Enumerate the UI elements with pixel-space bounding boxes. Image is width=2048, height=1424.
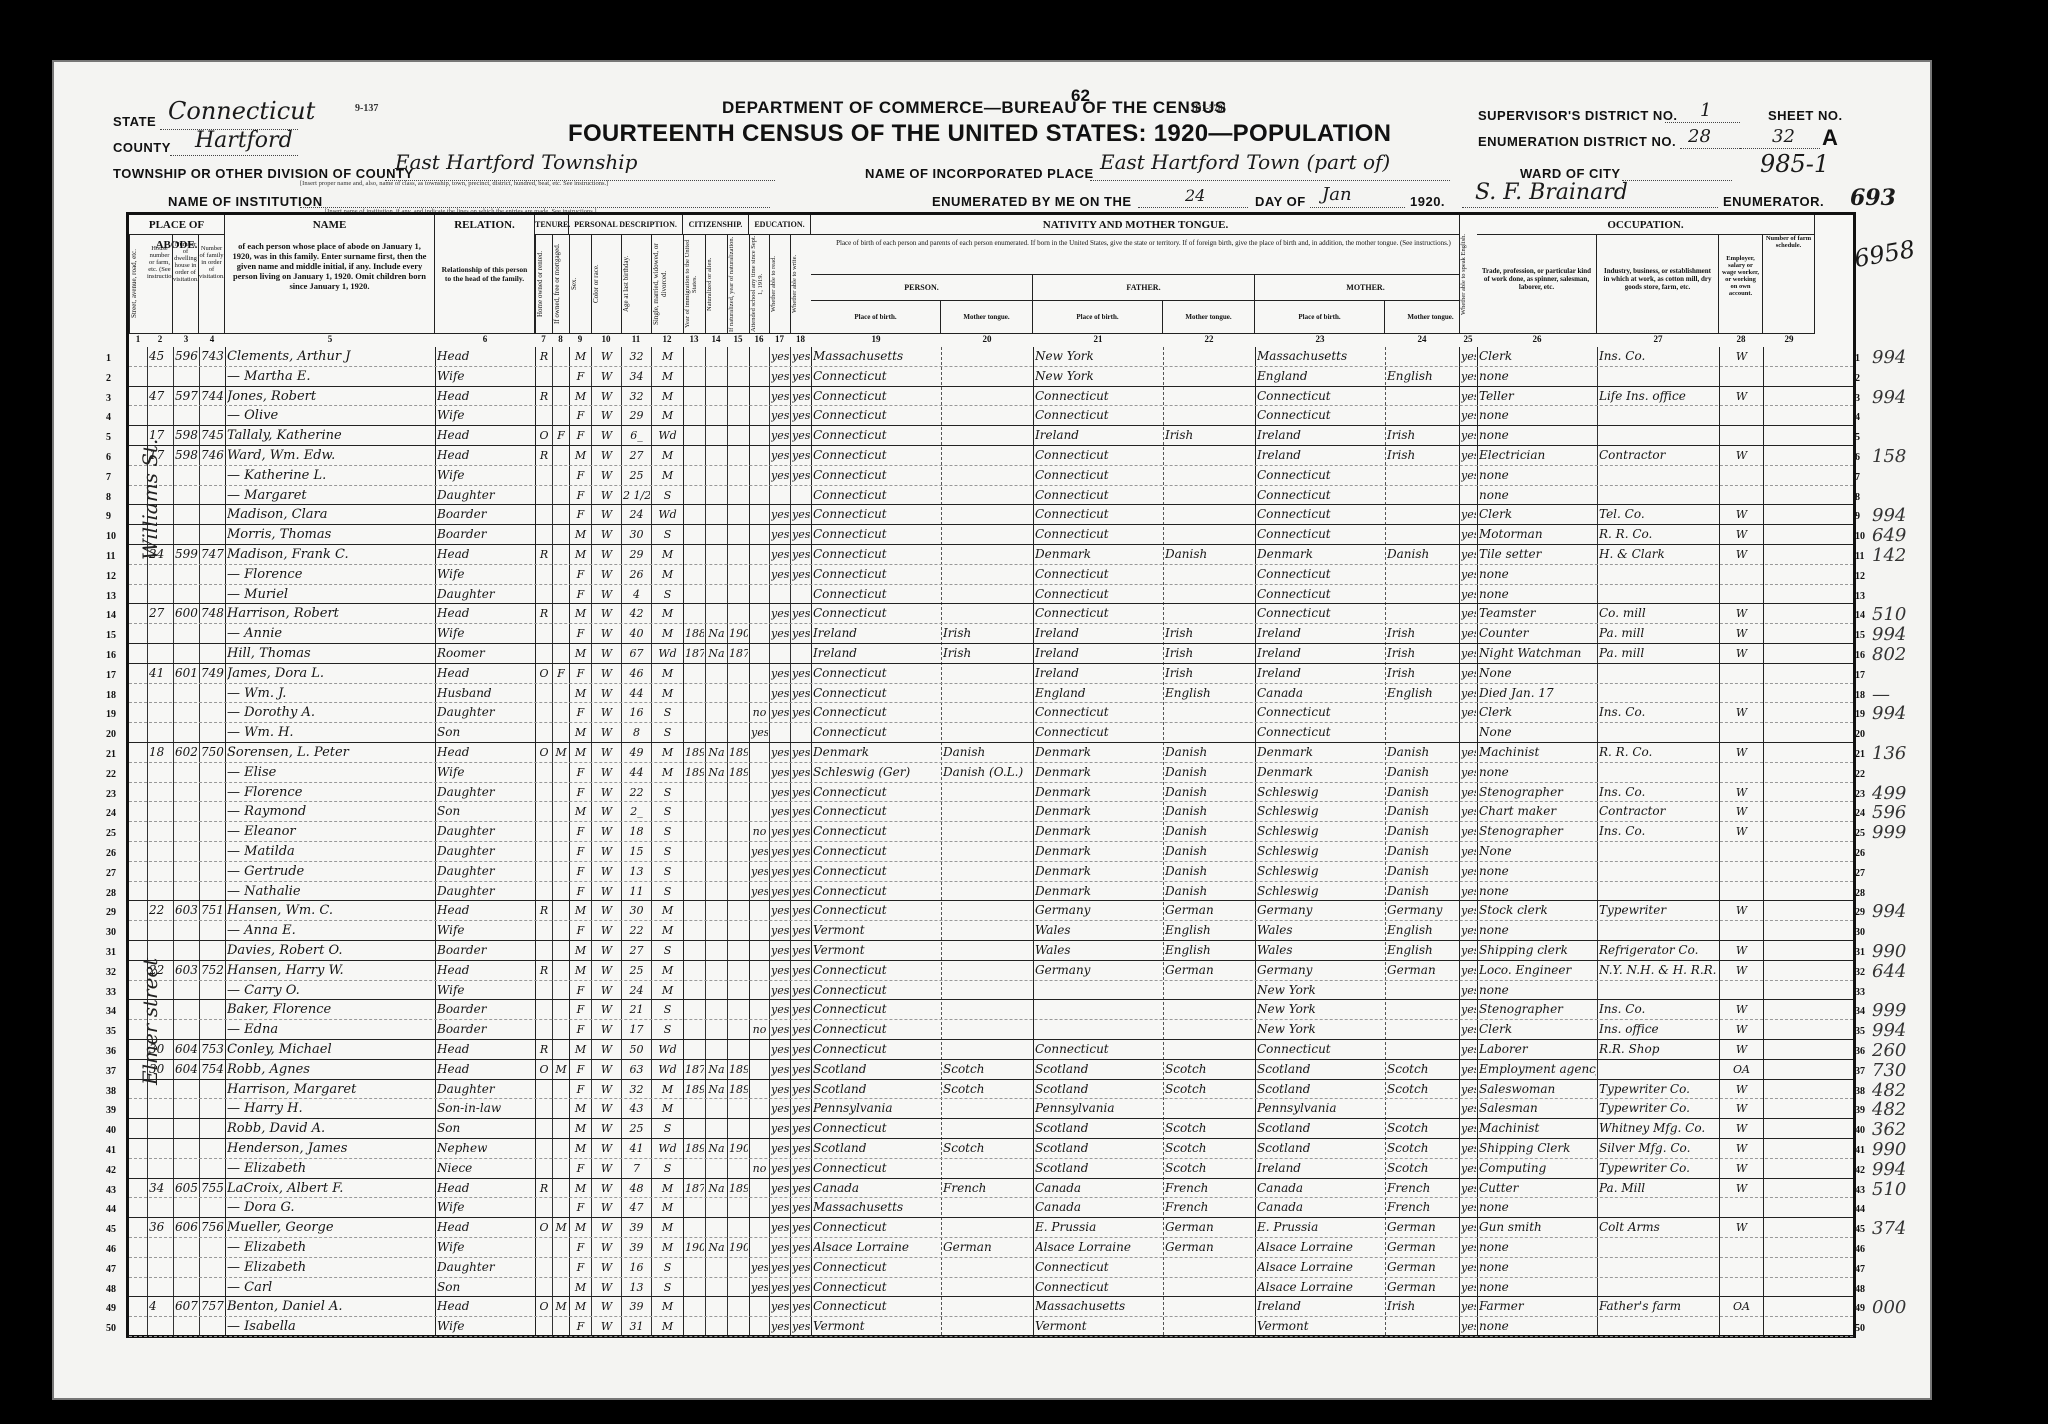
- cell-m-tongue: Danish: [1387, 822, 1458, 841]
- occupation-code: 730: [1872, 1060, 1906, 1081]
- cell-read: yes: [771, 802, 789, 821]
- cell-relation: Wife: [437, 981, 534, 1000]
- cell-farm: [1765, 347, 1814, 366]
- occupation-code: 000: [1872, 1297, 1906, 1318]
- cell-write: yes: [792, 822, 810, 841]
- cell-owned: [537, 1278, 551, 1297]
- cell-race: W: [593, 446, 620, 465]
- cell-f-birth: Connecticut: [1035, 505, 1162, 524]
- col-relation: Relationship of this person to the head …: [435, 235, 535, 333]
- cell-read: yes: [771, 1000, 789, 1019]
- cell-birth: Connecticut: [813, 1159, 940, 1178]
- cell-sex: M: [571, 1139, 590, 1158]
- group-name: NAME: [225, 215, 435, 235]
- col-trade: Trade, profession, or particular kind of…: [1477, 235, 1597, 333]
- cell-read: yes: [771, 466, 789, 485]
- cell-dwelling: [175, 981, 198, 1000]
- cell-sex: F: [571, 466, 590, 485]
- cell-immig: [685, 1198, 704, 1217]
- cell-write: yes: [792, 426, 810, 445]
- cell-birth: Scotland: [813, 1060, 940, 1079]
- cell-immig: [685, 961, 704, 980]
- cell-f-tongue: Irish: [1165, 644, 1254, 663]
- cell-birth: Connecticut: [813, 367, 940, 386]
- cell-free-mort: [554, 1119, 568, 1138]
- cell-natz-year: [729, 941, 748, 960]
- cell-marital: S: [653, 525, 682, 544]
- cell-f-tongue: French: [1165, 1198, 1254, 1217]
- cell-name: Ward, Wm. Edw.: [227, 446, 434, 465]
- cell-owned: [537, 1159, 551, 1178]
- cell-m-birth: Wales: [1257, 921, 1384, 940]
- cell-name: — Gertrude: [227, 862, 434, 881]
- line-number-right: 13: [1855, 591, 1865, 602]
- cell-english: yes: [1461, 1317, 1476, 1336]
- cell-relation: Head: [437, 961, 534, 980]
- cell-class: W: [1721, 1179, 1762, 1198]
- cell-natz-year: [729, 347, 748, 366]
- cell-farm: [1765, 862, 1814, 881]
- line-number: 31: [106, 947, 116, 958]
- cell-race: W: [593, 466, 620, 485]
- cell-school: [751, 367, 768, 386]
- cell-farm: [1765, 604, 1814, 623]
- cell-write: yes: [792, 406, 810, 425]
- line-number: 20: [106, 729, 116, 740]
- table-row: — RaymondSonMW2_SyesyesConnecticutDenmar…: [129, 802, 1853, 822]
- cell-english: yes: [1461, 426, 1476, 445]
- cell-dwelling: 598: [175, 446, 198, 465]
- cell-english: yes: [1461, 1119, 1476, 1138]
- cell-natz-year: [729, 604, 748, 623]
- cell-f-birth: Denmark: [1035, 783, 1162, 802]
- cell-trade: Died Jan. 17: [1479, 684, 1596, 703]
- cell-immig: [685, 446, 704, 465]
- cell-f-birth: Connecticut: [1035, 723, 1162, 742]
- cell-race: W: [593, 1139, 620, 1158]
- cell-read: yes: [771, 1080, 789, 1099]
- cell-house: [149, 624, 172, 643]
- cell-english: yes: [1461, 1060, 1476, 1079]
- table-row: — EdnaBoarderFW17SnoyesyesConnecticutNew…: [129, 1020, 1853, 1040]
- cell-natz-year: 1900: [729, 1139, 748, 1158]
- cell-natz: [707, 1000, 726, 1019]
- cell-free-mort: [554, 505, 568, 524]
- column-number: 25: [1459, 333, 1477, 347]
- cell-free-mort: [554, 802, 568, 821]
- cell-marital: S: [653, 862, 682, 881]
- cell-relation: Head: [437, 545, 534, 564]
- cell-natz: Na: [707, 644, 726, 663]
- cell-class: W: [1721, 802, 1762, 821]
- line-number: 16: [106, 650, 116, 661]
- cell-marital: M: [653, 1218, 682, 1237]
- cell-race: W: [593, 901, 620, 920]
- cell-family: [201, 684, 224, 703]
- cell-race: W: [593, 802, 620, 821]
- cell-trade: Farmer: [1479, 1297, 1596, 1316]
- sheet-number: 32: [1772, 126, 1795, 147]
- cell-tongue: [943, 723, 1032, 742]
- cell-m-tongue: German: [1387, 961, 1458, 980]
- cell-name: Clements, Arthur J: [227, 347, 434, 366]
- cell-write: yes: [792, 505, 810, 524]
- cell-farm: [1765, 842, 1814, 861]
- cell-birth: Connecticut: [813, 585, 940, 604]
- cell-relation: Head: [437, 387, 534, 406]
- cell-english: yes: [1461, 585, 1476, 604]
- cell-immig: [685, 1218, 704, 1237]
- cell-race: W: [593, 1080, 620, 1099]
- line-number-right: 48: [1855, 1284, 1865, 1295]
- cell-dwelling: [175, 1000, 198, 1019]
- line-number: 15: [106, 630, 116, 641]
- cell-free-mort: [554, 1238, 568, 1257]
- line-number-right: 29: [1855, 907, 1865, 918]
- cell-f-birth: Connecticut: [1035, 406, 1162, 425]
- cell-name: — Florence: [227, 565, 434, 584]
- cell-trade: none: [1479, 981, 1596, 1000]
- cell-house: [149, 565, 172, 584]
- cell-marital: M: [653, 545, 682, 564]
- cell-m-tongue: English: [1387, 921, 1458, 940]
- cell-m-tongue: [1387, 585, 1458, 604]
- cell-m-tongue: [1387, 1040, 1458, 1059]
- cell-school: [751, 664, 768, 683]
- cell-natz: [707, 1099, 726, 1118]
- table-row: — FlorenceWifeFW26MyesyesConnecticutConn…: [129, 565, 1853, 585]
- cell-marital: M: [653, 1317, 682, 1336]
- cell-natz: Na: [707, 1179, 726, 1198]
- cell-birth: Connecticut: [813, 1218, 940, 1237]
- cell-family: [201, 882, 224, 901]
- cell-owned: [537, 406, 551, 425]
- cell-race: W: [593, 723, 620, 742]
- cell-sex: M: [571, 1218, 590, 1237]
- cell-immig: 1885: [685, 624, 704, 643]
- cell-farm: [1765, 1119, 1814, 1138]
- cell-dwelling: [175, 486, 198, 505]
- cell-age: 44: [623, 684, 650, 703]
- cell-english: yes: [1461, 1040, 1476, 1059]
- cell-f-tongue: Scotch: [1165, 1159, 1254, 1178]
- cell-natz: Na: [707, 624, 726, 643]
- cell-f-birth: Vermont: [1035, 1317, 1162, 1336]
- cell-race: W: [593, 961, 620, 980]
- cell-name: James, Dora L.: [227, 664, 434, 683]
- cell-owned: [537, 1119, 551, 1138]
- line-number: 8: [106, 492, 111, 503]
- line-number-right: 28: [1855, 888, 1865, 899]
- cell-read: yes: [771, 842, 789, 861]
- cell-free-mort: [554, 585, 568, 604]
- table-row: Robb, David A.SonMW25SyesyesConnecticutS…: [129, 1119, 1853, 1139]
- cell-f-tongue: [1165, 585, 1254, 604]
- cell-class: W: [1721, 783, 1762, 802]
- cell-dwelling: [175, 684, 198, 703]
- cell-f-birth: Scotland: [1035, 1080, 1162, 1099]
- line-number: 34: [106, 1006, 116, 1017]
- cell-f-birth: Denmark: [1035, 862, 1162, 881]
- cell-family: 744: [201, 387, 224, 406]
- col-farm: Number of farm schedule.: [1763, 215, 1815, 333]
- cell-race: W: [593, 406, 620, 425]
- cell-tongue: Irish: [943, 624, 1032, 643]
- cell-name: — Elizabeth: [227, 1159, 434, 1178]
- cell-marital: S: [653, 783, 682, 802]
- cell-tongue: [943, 387, 1032, 406]
- cell-english: yes: [1461, 961, 1476, 980]
- cell-owned: [537, 1198, 551, 1217]
- cell-birth: Vermont: [813, 921, 940, 940]
- cell-free-mort: [554, 842, 568, 861]
- line-number: 40: [106, 1125, 116, 1136]
- cell-m-tongue: Danish: [1387, 545, 1458, 564]
- cell-class: [1721, 1258, 1762, 1277]
- cell-race: W: [593, 624, 620, 643]
- occupation-code: 994: [1872, 1020, 1906, 1041]
- cell-natz-year: [729, 783, 748, 802]
- cell-trade: none: [1479, 862, 1596, 881]
- line-number-right: 8: [1855, 492, 1860, 503]
- cell-owned: [537, 802, 551, 821]
- cell-farm: [1765, 1139, 1814, 1158]
- cell-immig: [685, 347, 704, 366]
- table-row: Morris, ThomasBoarderMW30SyesyesConnecti…: [129, 525, 1853, 545]
- cell-name: — Wm. J.: [227, 684, 434, 703]
- cell-race: W: [593, 604, 620, 623]
- cell-relation: Head: [437, 901, 534, 920]
- cell-school: [751, 426, 768, 445]
- cell-farm: [1765, 486, 1814, 505]
- cell-sex: M: [571, 1040, 590, 1059]
- column-number: 9: [569, 333, 591, 347]
- cell-read: yes: [771, 1119, 789, 1138]
- cell-house: [149, 862, 172, 881]
- cell-english: yes: [1461, 842, 1476, 861]
- line-number: 30: [106, 927, 116, 938]
- cell-f-tongue: [1165, 525, 1254, 544]
- cell-school: yes: [751, 882, 768, 901]
- cell-school: [751, 387, 768, 406]
- cell-house: [149, 763, 172, 782]
- cell-farm: [1765, 901, 1814, 920]
- cell-age: 39: [623, 1218, 650, 1237]
- cell-english: yes: [1461, 604, 1476, 623]
- cell-read: yes: [771, 961, 789, 980]
- cell-m-birth: Canada: [1257, 1198, 1384, 1217]
- cell-natz: [707, 1159, 726, 1178]
- cell-write: yes: [792, 525, 810, 544]
- table-row: — AnnieWifeFW40M1885Na1907yesyesIrelandI…: [129, 624, 1853, 644]
- cell-write: yes: [792, 664, 810, 683]
- cell-f-birth: Connecticut: [1035, 585, 1162, 604]
- cell-race: W: [593, 1099, 620, 1118]
- cell-sex: M: [571, 446, 590, 465]
- cell-race: W: [593, 882, 620, 901]
- col-industry: Industry, business, or establishment in …: [1597, 235, 1719, 333]
- cell-school: [751, 763, 768, 782]
- cell-f-birth: Scotland: [1035, 1060, 1162, 1079]
- cell-f-birth: Canada: [1035, 1179, 1162, 1198]
- cell-dwelling: [175, 1278, 198, 1297]
- cell-sex: F: [571, 585, 590, 604]
- table-row: — Anna E.WifeFW22MyesyesVermontWalesEngl…: [129, 921, 1853, 941]
- line-number-right: 3: [1855, 393, 1860, 404]
- enumerated-label: ENUMERATED BY ME ON THE: [932, 194, 1132, 209]
- cell-school: [751, 624, 768, 643]
- col-street: Street, avenue, road, etc.: [129, 235, 147, 333]
- cell-write: yes: [792, 1258, 810, 1277]
- cell-tongue: [943, 505, 1032, 524]
- cell-family: [201, 842, 224, 861]
- cell-age: 48: [623, 1179, 650, 1198]
- cell-age: 30: [623, 525, 650, 544]
- cell-name: LaCroix, Albert F.: [227, 1179, 434, 1198]
- cell-free-mort: F: [554, 426, 568, 445]
- nativity-person: PERSON.: [811, 275, 1033, 301]
- cell-sex: M: [571, 1297, 590, 1316]
- cell-trade: Clerk: [1479, 505, 1596, 524]
- cell-industry: [1599, 842, 1718, 861]
- cell-class: [1721, 981, 1762, 1000]
- cell-family: 752: [201, 961, 224, 980]
- cell-race: W: [593, 941, 620, 960]
- occupation-code: 999: [1872, 1000, 1906, 1021]
- cell-write: yes: [792, 1317, 810, 1336]
- cell-house: [149, 802, 172, 821]
- cell-write: yes: [792, 1238, 810, 1257]
- cell-name: Robb, Agnes: [227, 1060, 434, 1079]
- cell-age: 6_: [623, 426, 650, 445]
- cell-age: 50: [623, 1040, 650, 1059]
- cell-school: yes: [751, 842, 768, 861]
- cell-f-birth: Connecticut: [1035, 446, 1162, 465]
- cell-write: yes: [792, 941, 810, 960]
- cell-birth: Connecticut: [813, 1278, 940, 1297]
- cell-immig: [685, 426, 704, 445]
- cell-industry: [1599, 1198, 1718, 1217]
- cell-immig: [685, 1317, 704, 1336]
- cell-class: W: [1721, 901, 1762, 920]
- cell-trade: none: [1479, 426, 1596, 445]
- cell-english: yes: [1461, 1297, 1476, 1316]
- cell-m-birth: Connecticut: [1257, 505, 1384, 524]
- column-number: 24: [1385, 333, 1459, 347]
- cell-m-birth: Ireland: [1257, 664, 1384, 683]
- cell-immig: [685, 783, 704, 802]
- cell-dwelling: [175, 624, 198, 643]
- cell-free-mort: [554, 1000, 568, 1019]
- cell-trade: Shipping Clerk: [1479, 1139, 1596, 1158]
- cell-farm: [1765, 1020, 1814, 1039]
- cell-m-birth: Denmark: [1257, 763, 1384, 782]
- cell-f-tongue: Danish: [1165, 783, 1254, 802]
- cell-write: yes: [792, 703, 810, 722]
- cell-sex: M: [571, 387, 590, 406]
- cell-write: yes: [792, 961, 810, 980]
- cell-birth: Connecticut: [813, 703, 940, 722]
- cell-birth: Massachusetts: [813, 1198, 940, 1217]
- cell-immig: [685, 842, 704, 861]
- cell-tongue: [943, 921, 1032, 940]
- cell-class: [1721, 763, 1762, 782]
- cell-f-tongue: Irish: [1165, 664, 1254, 683]
- cell-tongue: [943, 1040, 1032, 1059]
- cell-owned: [537, 525, 551, 544]
- cell-m-tongue: Irish: [1387, 446, 1458, 465]
- column-number: 6: [435, 333, 535, 347]
- cell-english: yes: [1461, 901, 1476, 920]
- cell-race: W: [593, 664, 620, 683]
- cell-relation: Head: [437, 347, 534, 366]
- cell-farm: [1765, 644, 1814, 663]
- cell-industry: [1599, 367, 1718, 386]
- cell-farm: [1765, 1297, 1814, 1316]
- line-number-right: 41: [1855, 1145, 1865, 1156]
- cell-trade: Loco. Engineer: [1479, 961, 1596, 980]
- cell-owned: R: [537, 961, 551, 980]
- cell-family: 756: [201, 1218, 224, 1237]
- cell-house: [149, 1139, 172, 1158]
- cell-m-birth: Denmark: [1257, 545, 1384, 564]
- cell-age: 16: [623, 1258, 650, 1277]
- cell-relation: Daughter: [437, 842, 534, 861]
- cell-birth: Connecticut: [813, 901, 940, 920]
- cell-trade: None: [1479, 723, 1596, 742]
- cell-owned: O: [537, 1060, 551, 1079]
- cell-owned: [537, 941, 551, 960]
- line-number: 25: [106, 828, 116, 839]
- cell-family: [201, 644, 224, 663]
- cell-english: yes: [1461, 1198, 1476, 1217]
- cell-natz-year: 1903: [729, 1238, 748, 1257]
- cell-relation: Son: [437, 1278, 534, 1297]
- cell-m-tongue: [1387, 466, 1458, 485]
- cell-immig: [685, 367, 704, 386]
- cell-immig: [685, 1040, 704, 1059]
- cell-f-birth: Connecticut: [1035, 1258, 1162, 1277]
- cell-school: no: [751, 703, 768, 722]
- cell-school: [751, 525, 768, 544]
- cell-race: W: [593, 644, 620, 663]
- cell-natz: [707, 604, 726, 623]
- cell-english: yes: [1461, 802, 1476, 821]
- cell-age: 22: [623, 783, 650, 802]
- cell-class: W: [1721, 1218, 1762, 1237]
- cell-name: — Elizabeth: [227, 1258, 434, 1277]
- line-number-right: 7: [1855, 472, 1860, 483]
- cell-m-tongue: Scotch: [1387, 1139, 1458, 1158]
- cell-farm: [1765, 525, 1814, 544]
- cell-f-birth: Pennsylvania: [1035, 1099, 1162, 1118]
- cell-tongue: Irish: [943, 644, 1032, 663]
- cell-m-birth: Connecticut: [1257, 1040, 1384, 1059]
- cell-english: yes: [1461, 387, 1476, 406]
- cell-m-tongue: English: [1387, 684, 1458, 703]
- cell-english: yes: [1461, 862, 1476, 881]
- line-number-right: 19: [1855, 709, 1865, 720]
- line-number: 41: [106, 1145, 116, 1156]
- cell-birth: Connecticut: [813, 1119, 940, 1138]
- cell-f-birth: [1035, 1000, 1162, 1019]
- cell-natz-year: [729, 367, 748, 386]
- cell-relation: Son: [437, 723, 534, 742]
- cell-age: 32: [623, 1080, 650, 1099]
- cell-tongue: [943, 1278, 1032, 1297]
- cell-f-birth: Connecticut: [1035, 1278, 1162, 1297]
- cell-m-tongue: Danish: [1387, 842, 1458, 861]
